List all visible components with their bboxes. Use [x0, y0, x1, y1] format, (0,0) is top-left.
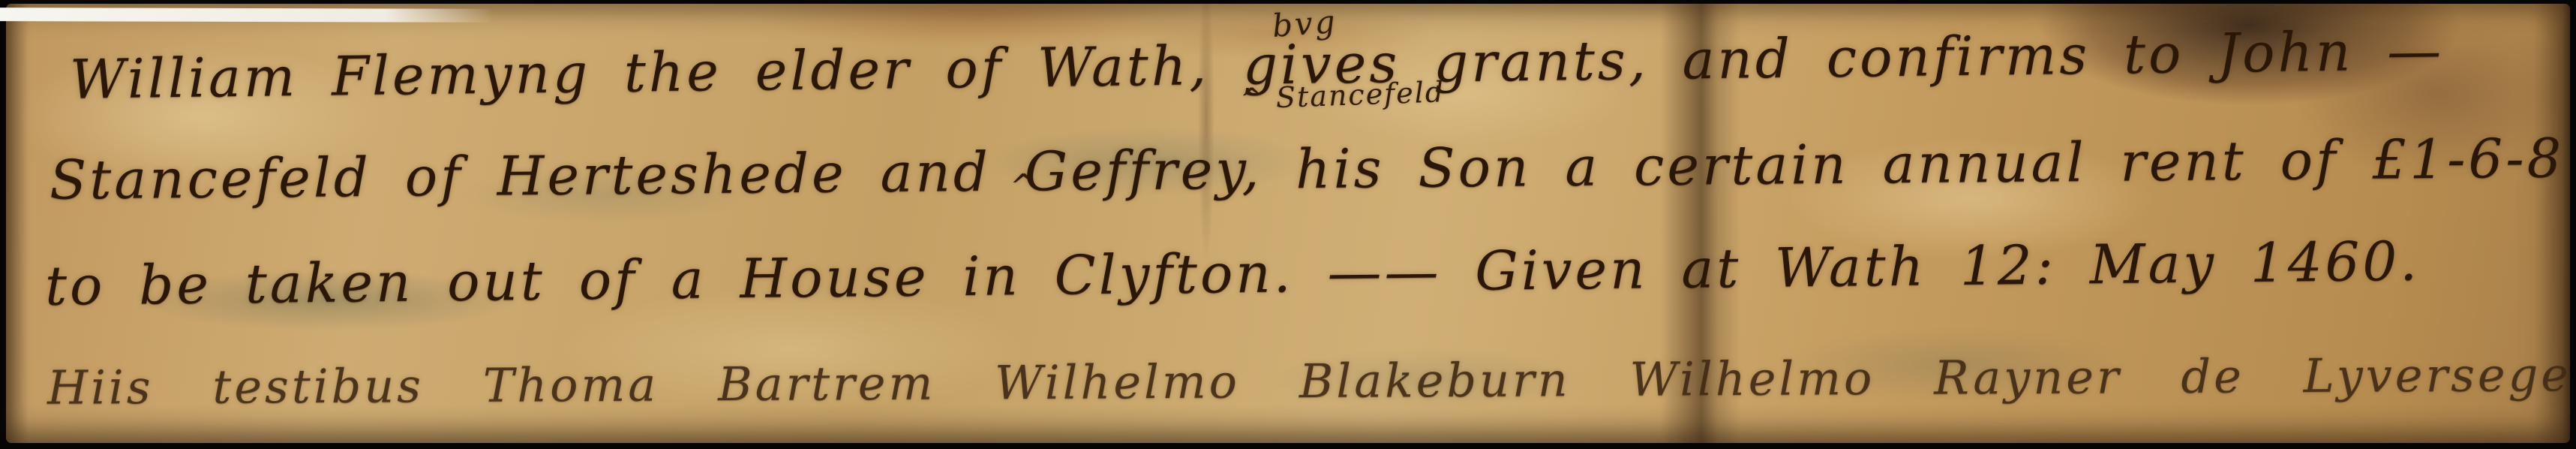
manuscript-line-dated: to be taken out of a House in Clyfton. —…: [45, 231, 2304, 318]
scanner-edge-artifact: [0, 8, 494, 23]
superscript-annotation: bvg: [1271, 3, 1338, 44]
parchment: William Flemyng the elder of Wath, gives…: [6, 4, 2570, 443]
interlinear-insertion-stancefeld: ^ Stancefeld: [1239, 75, 1446, 116]
manuscript-line-witnesses: Hiis testibus Thoma Bartrem Wilhelmo Bla…: [47, 347, 2571, 415]
manuscript-scan: William Flemyng the elder of Wath, gives…: [0, 0, 2576, 449]
manuscript-line-grant: William Flemyng the elder of Wath, gives…: [70, 20, 2370, 110]
manuscript-line-rent: Stancefeld of Herteshede and Geffrey, hi…: [50, 126, 2571, 211]
